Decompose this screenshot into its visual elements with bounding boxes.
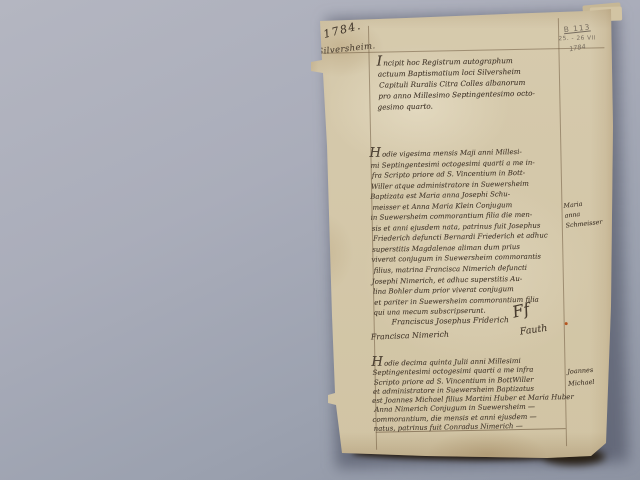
archival-code: B 113 [552, 21, 603, 35]
baptism-entry-2: Hodie decima quinta Julii anni Millesimi… [371, 354, 574, 434]
corner-place-annotation: Silversheim. [317, 41, 376, 57]
margin-note-child-name: Joannes Michael [567, 365, 595, 390]
margin-note-line: Michael [568, 376, 595, 389]
red-ink-speck [565, 322, 568, 325]
margin-note-child-name: Maria anna Schmeisser [563, 198, 603, 231]
register-title-paragraph: Incipit hoc Registrum autographum actuum… [377, 54, 536, 113]
manuscript-line: gesimo quarto. [377, 99, 535, 113]
baptism-entry-1: Hodie vigesima mensis Maji anni Millesi-… [369, 145, 549, 318]
manuscript-page: 1784. Silversheim. B 113 25. - 26 VII 17… [306, 6, 618, 464]
corner-year-annotation: 1784. [322, 19, 363, 41]
photographed-manuscript-scene: 1784. Silversheim. B 113 25. - 26 VII 17… [0, 0, 640, 480]
archival-stamp-block: B 113 25. - 26 VII 1784 [552, 23, 603, 52]
priest-signature: Fauth [519, 323, 548, 338]
godmother-signature: Francisca Nimerich [371, 330, 449, 342]
manuscript-content: 1784. Silversheim. B 113 25. - 26 VII 17… [302, 3, 623, 467]
godfather-signature: Franciscus Josephus Friderich [392, 315, 509, 326]
